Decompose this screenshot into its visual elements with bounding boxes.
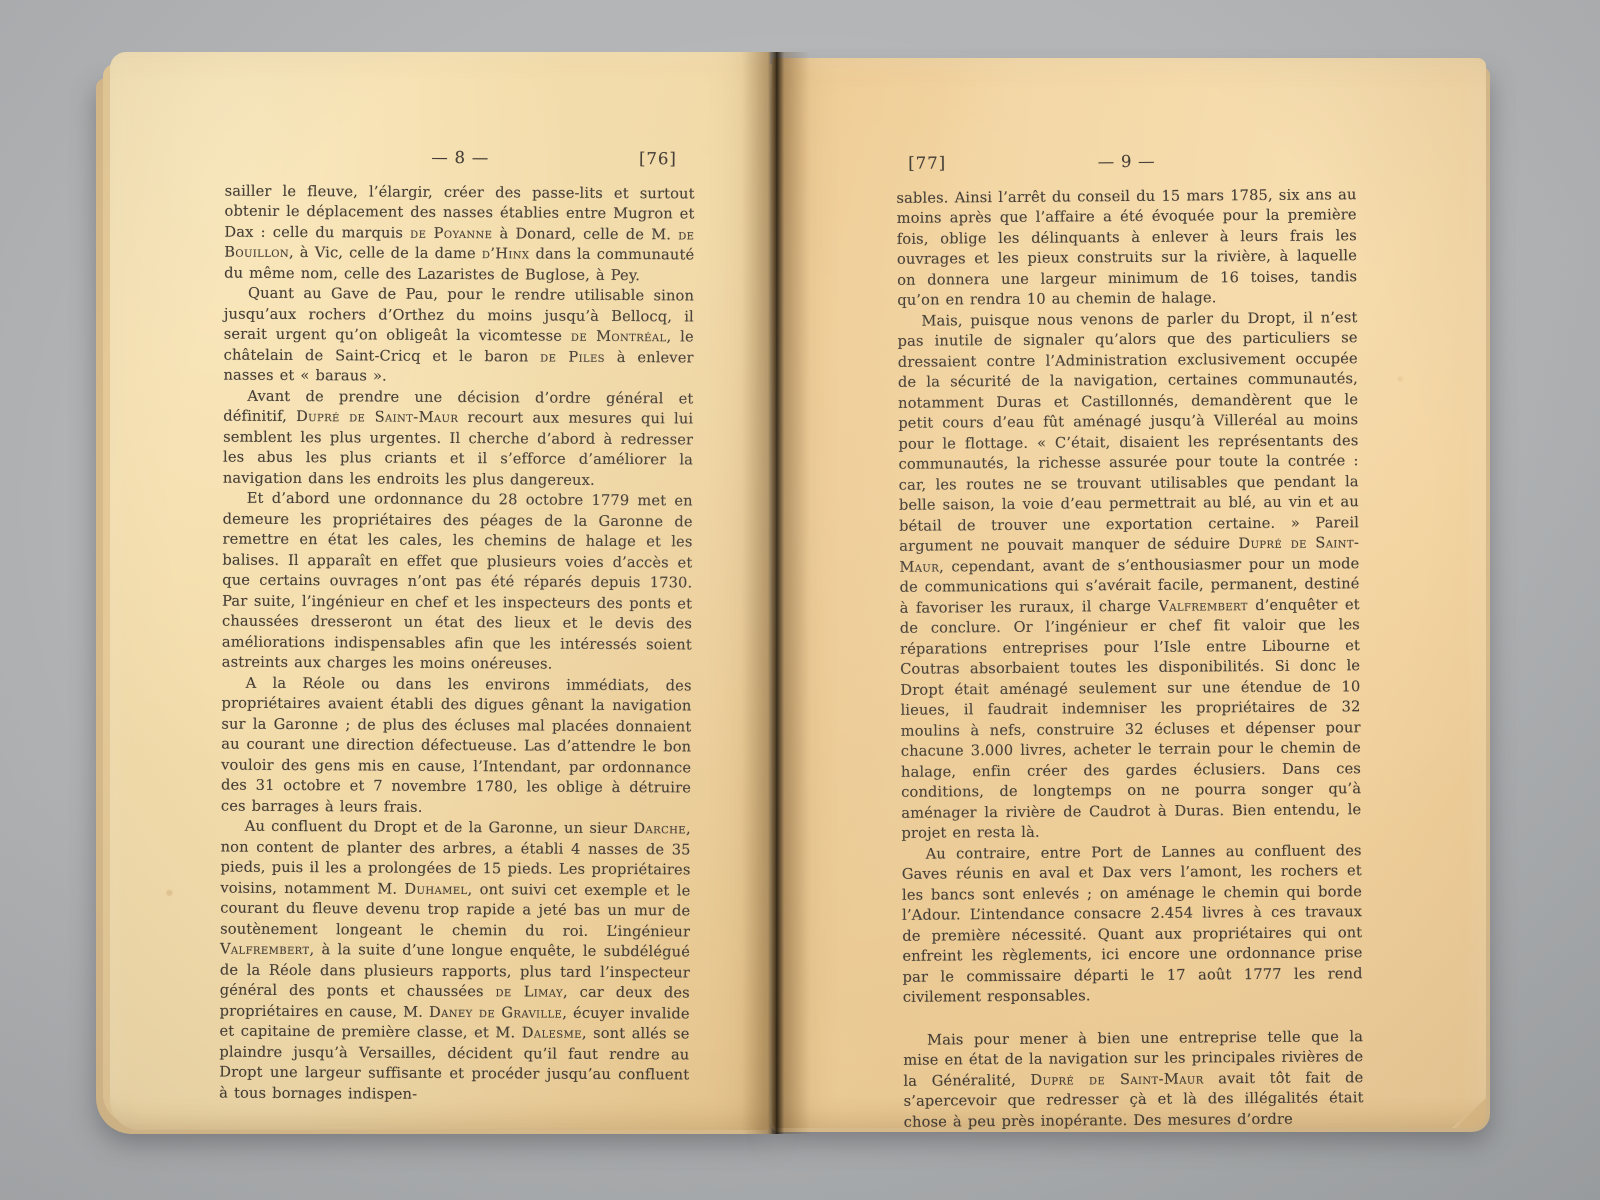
paragraph: Quant au Gave de Pau, pour le rendre uti… [223,284,694,389]
paragraph: Et d’abord une ordonnance du 28 octobre … [222,489,693,676]
left-page-header: — 8 — [76] [225,147,695,170]
folio-mark-right: [77] [896,152,1098,174]
header-spacer [225,162,431,163]
page-corner-fold [1452,1098,1486,1128]
left-page-text: — 8 — [76] sailler le fleuve, l’élargir,… [219,147,695,1107]
paragraph: Mais pour mener à bien une entreprise te… [903,1027,1364,1133]
paragraph: Au contraire, entre Port de Lannes au co… [902,841,1363,1009]
paragraph: sables. Ainsi l’arrêt du conseil du 15 m… [896,185,1357,312]
photo-background: — 8 — [76] sailler le fleuve, l’élargir,… [0,0,1600,1200]
right-page-header: [77] — 9 — [896,150,1356,174]
right-page-text: [77] — 9 — sables. Ainsi l’arrêt du cons… [896,150,1364,1133]
header-spacer [1155,165,1356,167]
page-number-left: — 8 — [431,148,488,169]
page-number-right: — 9 — [1098,152,1155,173]
paragraph: A la Réole ou dans les environs immédiat… [221,673,692,819]
paragraph: Au confluent du Dropt et de la Garonne, … [219,817,691,1107]
open-book: — 8 — [76] sailler le fleuve, l’élargir,… [0,0,1600,1200]
paragraph: Mais, puisque nous venons de parler du D… [897,308,1361,845]
paragraph: sailler le fleuve, l’élargir, créer des … [224,181,695,286]
folio-mark-left: [76] [488,148,695,170]
paragraph: Avant de prendre une décision d’ordre gé… [223,386,694,491]
